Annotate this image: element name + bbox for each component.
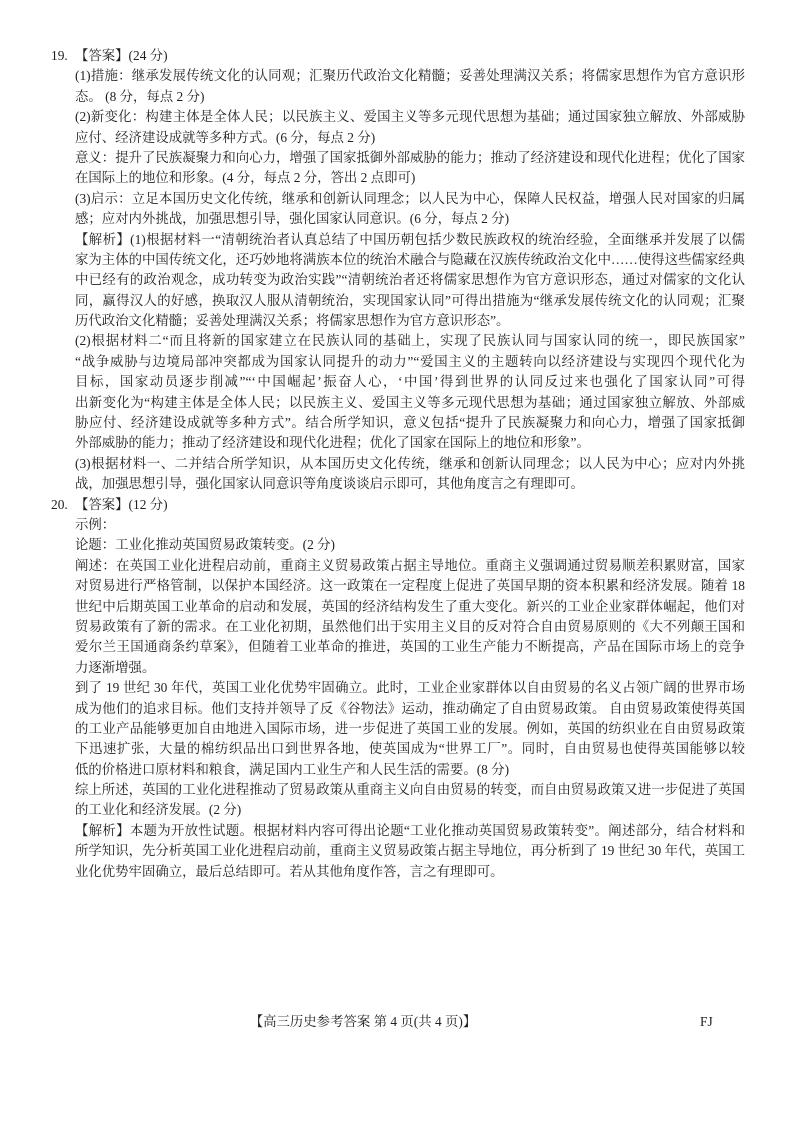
text-line: 低的价格进口原材料和粮食，满足国内工业生产和人民生活的需要。(8 分) [75, 760, 745, 780]
line-text: 【答案】(24 分) [75, 48, 168, 63]
text-line: (2)根据材料二“而且将新的国家建立在民族认同的基础上，实现了民族认同与国家认同… [75, 331, 745, 351]
footer-exam-code: FJ [700, 1012, 713, 1032]
line-text: 【答案】(12 分) [75, 497, 168, 512]
line-text: 家为主体的中国传统文化，还巧妙地将满族本位的统治术融合与隐藏在汉族传统政治文化中… [75, 252, 745, 267]
line-text: 世纪中后期英国工业革命的启动和发展，英国的经济结构发生了重大变化。新兴的工业企业… [75, 599, 745, 614]
footer-page-label: 【高三历史参考答案 第 4 页(共 4 页)】 [0, 1012, 763, 1032]
line-text: (3)启示：立足本国历史文化传统，继承和创新认同理念；以人民为中心，保障人民权益… [75, 191, 745, 206]
line-text: (3)根据材料一、二并结合所学知识，从本国历史文化传统，继承和创新认同理念；以人… [75, 456, 745, 471]
line-text: 在国际上的地位和形象。(4 分，每点 2 分，答出 2 点即可) [75, 170, 415, 185]
text-line: 家为主体的中国传统文化，还巧妙地将满族本位的统治术融合与隐藏在汉族传统政治文化中… [75, 250, 745, 270]
text-line: 历代政治文化精髓；妥善处理满汉关系；将儒家思想作为官方意识形态”。 [75, 311, 745, 331]
line-text: (1)措施：继承发展传统文化的认同观；汇聚历代政治文化精髓；妥善处理满汉关系；将… [75, 68, 745, 83]
line-text: 阐述：在英国工业化进程启动前，重商主义贸易政策占据主导地位。重商主义强调通过贸易… [75, 558, 745, 573]
text-line: 胁应付、经济建设成就等多种方式”。结合所学知识，意义包括“提升了民族凝聚力和向心… [75, 413, 745, 433]
text-line: 20.【答案】(12 分) [75, 495, 745, 515]
line-text: 的工业产品能够更加自由地进入国际市场，进一步促进了英国工业的发展。例如，英国的纺… [75, 721, 745, 736]
text-line: 到了 19 世纪 30 年代，英国工业化优势牢固确立。此时，工业企业家群体以自由… [75, 678, 745, 698]
question-number: 20. [51, 495, 68, 515]
line-text: 贸易政策有了新的需求。在工业化初期，虽然他们出于实用主义目的反对符合自由贸易原则… [75, 619, 745, 634]
line-text: 成为他们的追求目标。他们支持并领导了反《谷物法》运动，推动确定了自由贸易政策。 … [75, 701, 745, 716]
text-line: 战，加强思想引导，强化国家认同意识等角度谈谈启示即可，其他角度言之有理即可。 [75, 474, 745, 494]
line-text: 外部威胁的能力；推动了经济建设和现代化进程；优化了国家在国际上的地位和形象”。 [75, 435, 590, 450]
line-text: 态。 (8 分，每点 2 分) [75, 89, 204, 104]
line-text: “战争威胁与边境局部冲突都成为国家认同提升的动力”“爱国主义的主题转向以经济建设… [75, 354, 745, 369]
text-line: 的工业产品能够更加自由地进入国际市场，进一步促进了英国工业的发展。例如，英国的纺… [75, 719, 745, 739]
line-text: 胁应付、经济建设成就等多种方式”。结合所学知识，意义包括“提升了民族凝聚力和向心… [75, 415, 745, 430]
text-line: 贸易政策有了新的需求。在工业化初期，虽然他们出于实用主义目的反对符合自由贸易原则… [75, 617, 745, 637]
text-line: 目标，国家动员逐步削减”“‘中国崛起’振奋人心，‘中国’得到世界的认同反过来也强… [75, 372, 745, 392]
text-line: 意义：提升了民族凝聚力和向心力，增强了国家抵御外部威胁的能力；推动了经济建设和现… [75, 148, 745, 168]
text-line: 外部威胁的能力；推动了经济建设和现代化进程；优化了国家在国际上的地位和形象”。 [75, 433, 745, 453]
answers-content: 19.【答案】(24 分)(1)措施：继承发展传统文化的认同观；汇聚历代政治文化… [75, 46, 745, 882]
text-line: 下迅速扩张，大量的棉纺织品出口到世界各地，使英国成为“世界工厂”。同时，自由贸易… [75, 739, 745, 759]
text-line: 阐述：在英国工业化进程启动前，重商主义贸易政策占据主导地位。重商主义强调通过贸易… [75, 556, 745, 576]
text-line: 中已经有的政治观念，成功转变为政治实践”“清朝统治者还将儒家思想作为官方意识形态… [75, 270, 745, 290]
line-text: 业化优势牢固确立，最后总结即可。若从其他角度作答，言之有理即可。 [75, 864, 504, 879]
text-line: 示例： [75, 515, 745, 535]
line-text: 下迅速扩张，大量的棉纺织品出口到世界各地，使英国成为“世界工厂”。同时，自由贸易… [75, 741, 745, 756]
text-line: 在国际上的地位和形象。(4 分，每点 2 分，答出 2 点即可) [75, 168, 745, 188]
line-text: 论题：工业化推动英国贸易政策转变。(2 分) [75, 537, 335, 552]
text-line: 成为他们的追求目标。他们支持并领导了反《谷物法》运动，推动确定了自由贸易政策。 … [75, 699, 745, 719]
text-line: 感；应对内外挑战，加强思想引导，强化国家认同意识。(6 分，每点 2 分) [75, 209, 745, 229]
line-text: 爱尔兰王国通商条约草案》，但随着工业革命的推进，英国的工业生产能力不断提高，产品… [75, 639, 745, 654]
text-line: (3)根据材料一、二并结合所学知识，从本国历史文化传统，继承和创新认同理念；以人… [75, 454, 745, 474]
line-text: 力逐渐增强。 [75, 660, 155, 675]
text-line: 所学知识，先分析英国工业化进程启动前，重商主义贸易政策占据主导地位，再分析到了 … [75, 841, 745, 861]
line-text: 所学知识，先分析英国工业化进程启动前，重商主义贸易政策占据主导地位，再分析到了 … [75, 843, 745, 858]
line-text: 示例： [75, 517, 115, 532]
line-text: 中已经有的政治观念，成功转变为政治实践”“清朝统治者还将儒家思想作为官方意识形态… [75, 272, 745, 287]
text-line: 综上所述，英国的工业化进程推动了贸易政策从重商主义向自由贸易的转变，而自由贸易政… [75, 780, 745, 800]
page-footer: 【高三历史参考答案 第 4 页(共 4 页)】 FJ [0, 1012, 800, 1032]
text-line: 力逐渐增强。 [75, 658, 745, 678]
line-text: 对贸易进行严格管制，以保护本国经济。这一政策在一定程度上促进了英国早期的资本积累… [75, 578, 745, 593]
text-line: 论题：工业化推动英国贸易政策转变。(2 分) [75, 535, 745, 555]
text-line: 业化优势牢固确立，最后总结即可。若从其他角度作答，言之有理即可。 [75, 862, 745, 882]
line-text: 历代政治文化精髓；妥善处理满汉关系；将儒家思想作为官方意识形态”。 [75, 313, 509, 328]
text-line: 【解析】本题为开放性试题。根据材料内容可得出论题“工业化推动英国贸易政策转变”。… [75, 821, 745, 841]
line-text: 战，加强思想引导，强化国家认同意识等角度谈谈启示即可，其他角度言之有理即可。 [75, 476, 584, 491]
line-text: 到了 19 世纪 30 年代，英国工业化优势牢固确立。此时，工业企业家群体以自由… [75, 680, 745, 695]
text-line: 出新变化为“构建主体是全体人民；以民族主义、爱国主义等多元现代思想为基础；通过国… [75, 393, 745, 413]
text-line: 【解析】(1)根据材料一“清朝统治者认真总结了中国历朝包括少数民族政权的统治经验… [75, 230, 745, 250]
line-text: 【解析】(1)根据材料一“清朝统治者认真总结了中国历朝包括少数民族政权的统治经验… [75, 232, 745, 247]
line-text: 综上所述，英国的工业化进程推动了贸易政策从重商主义向自由贸易的转变，而自由贸易政… [75, 782, 745, 797]
line-text: 应付、经济建设成就等多种方式。(6 分，每点 2 分) [75, 130, 375, 145]
line-text: 的工业化和经济发展。(2 分) [75, 802, 241, 817]
line-text: 意义：提升了民族凝聚力和向心力，增强了国家抵御外部威胁的能力；推动了经济建设和现… [75, 150, 745, 165]
question-number: 19. [51, 46, 68, 66]
line-text: (2)根据材料二“而且将新的国家建立在民族认同的基础上，实现了民族认同与国家认同… [75, 333, 745, 348]
line-text: 目标，国家动员逐步削减”“‘中国崛起’振奋人心，‘中国’得到世界的认同反过来也强… [75, 374, 745, 389]
text-line: (2)新变化：构建主体是全体人民；以民族主义、爱国主义等多元现代思想为基础；通过… [75, 107, 745, 127]
text-line: (3)启示：立足本国历史文化传统，继承和创新认同理念；以人民为中心，保障人民权益… [75, 189, 745, 209]
text-line: 19.【答案】(24 分) [75, 46, 745, 66]
line-text: 感；应对内外挑战，加强思想引导，强化国家认同意识。(6 分，每点 2 分) [75, 211, 509, 226]
text-line: 爱尔兰王国通商条约草案》，但随着工业革命的推进，英国的工业生产能力不断提高，产品… [75, 637, 745, 657]
line-text: 低的价格进口原材料和粮食，满足国内工业生产和人民生活的需要。(8 分) [75, 762, 509, 777]
line-text: 【解析】本题为开放性试题。根据材料内容可得出论题“工业化推动英国贸易政策转变”。… [75, 823, 745, 838]
line-text: 出新变化为“构建主体是全体人民；以民族主义、爱国主义等多元现代思想为基础；通过国… [75, 395, 745, 410]
text-line: 同，赢得汉人的好感，换取汉人服从清朝统治，实现国家认同”可得出措施为“继承发展传… [75, 291, 745, 311]
text-line: 态。 (8 分，每点 2 分) [75, 87, 745, 107]
text-line: “战争威胁与边境局部冲突都成为国家认同提升的动力”“爱国主义的主题转向以经济建设… [75, 352, 745, 372]
line-text: 同，赢得汉人的好感，换取汉人服从清朝统治，实现国家认同”可得出措施为“继承发展传… [75, 293, 745, 308]
text-line: 应付、经济建设成就等多种方式。(6 分，每点 2 分) [75, 128, 745, 148]
text-line: 世纪中后期英国工业革命的启动和发展，英国的经济结构发生了重大变化。新兴的工业企业… [75, 597, 745, 617]
text-line: 的工业化和经济发展。(2 分) [75, 800, 745, 820]
text-line: 对贸易进行严格管制，以保护本国经济。这一政策在一定程度上促进了英国早期的资本积累… [75, 576, 745, 596]
text-line: (1)措施：继承发展传统文化的认同观；汇聚历代政治文化精髓；妥善处理满汉关系；将… [75, 66, 745, 86]
scanned-answer-page: { "page_background": "#ffffff", "text_co… [0, 0, 800, 1131]
line-text: (2)新变化：构建主体是全体人民；以民族主义、爱国主义等多元现代思想为基础；通过… [75, 109, 745, 124]
